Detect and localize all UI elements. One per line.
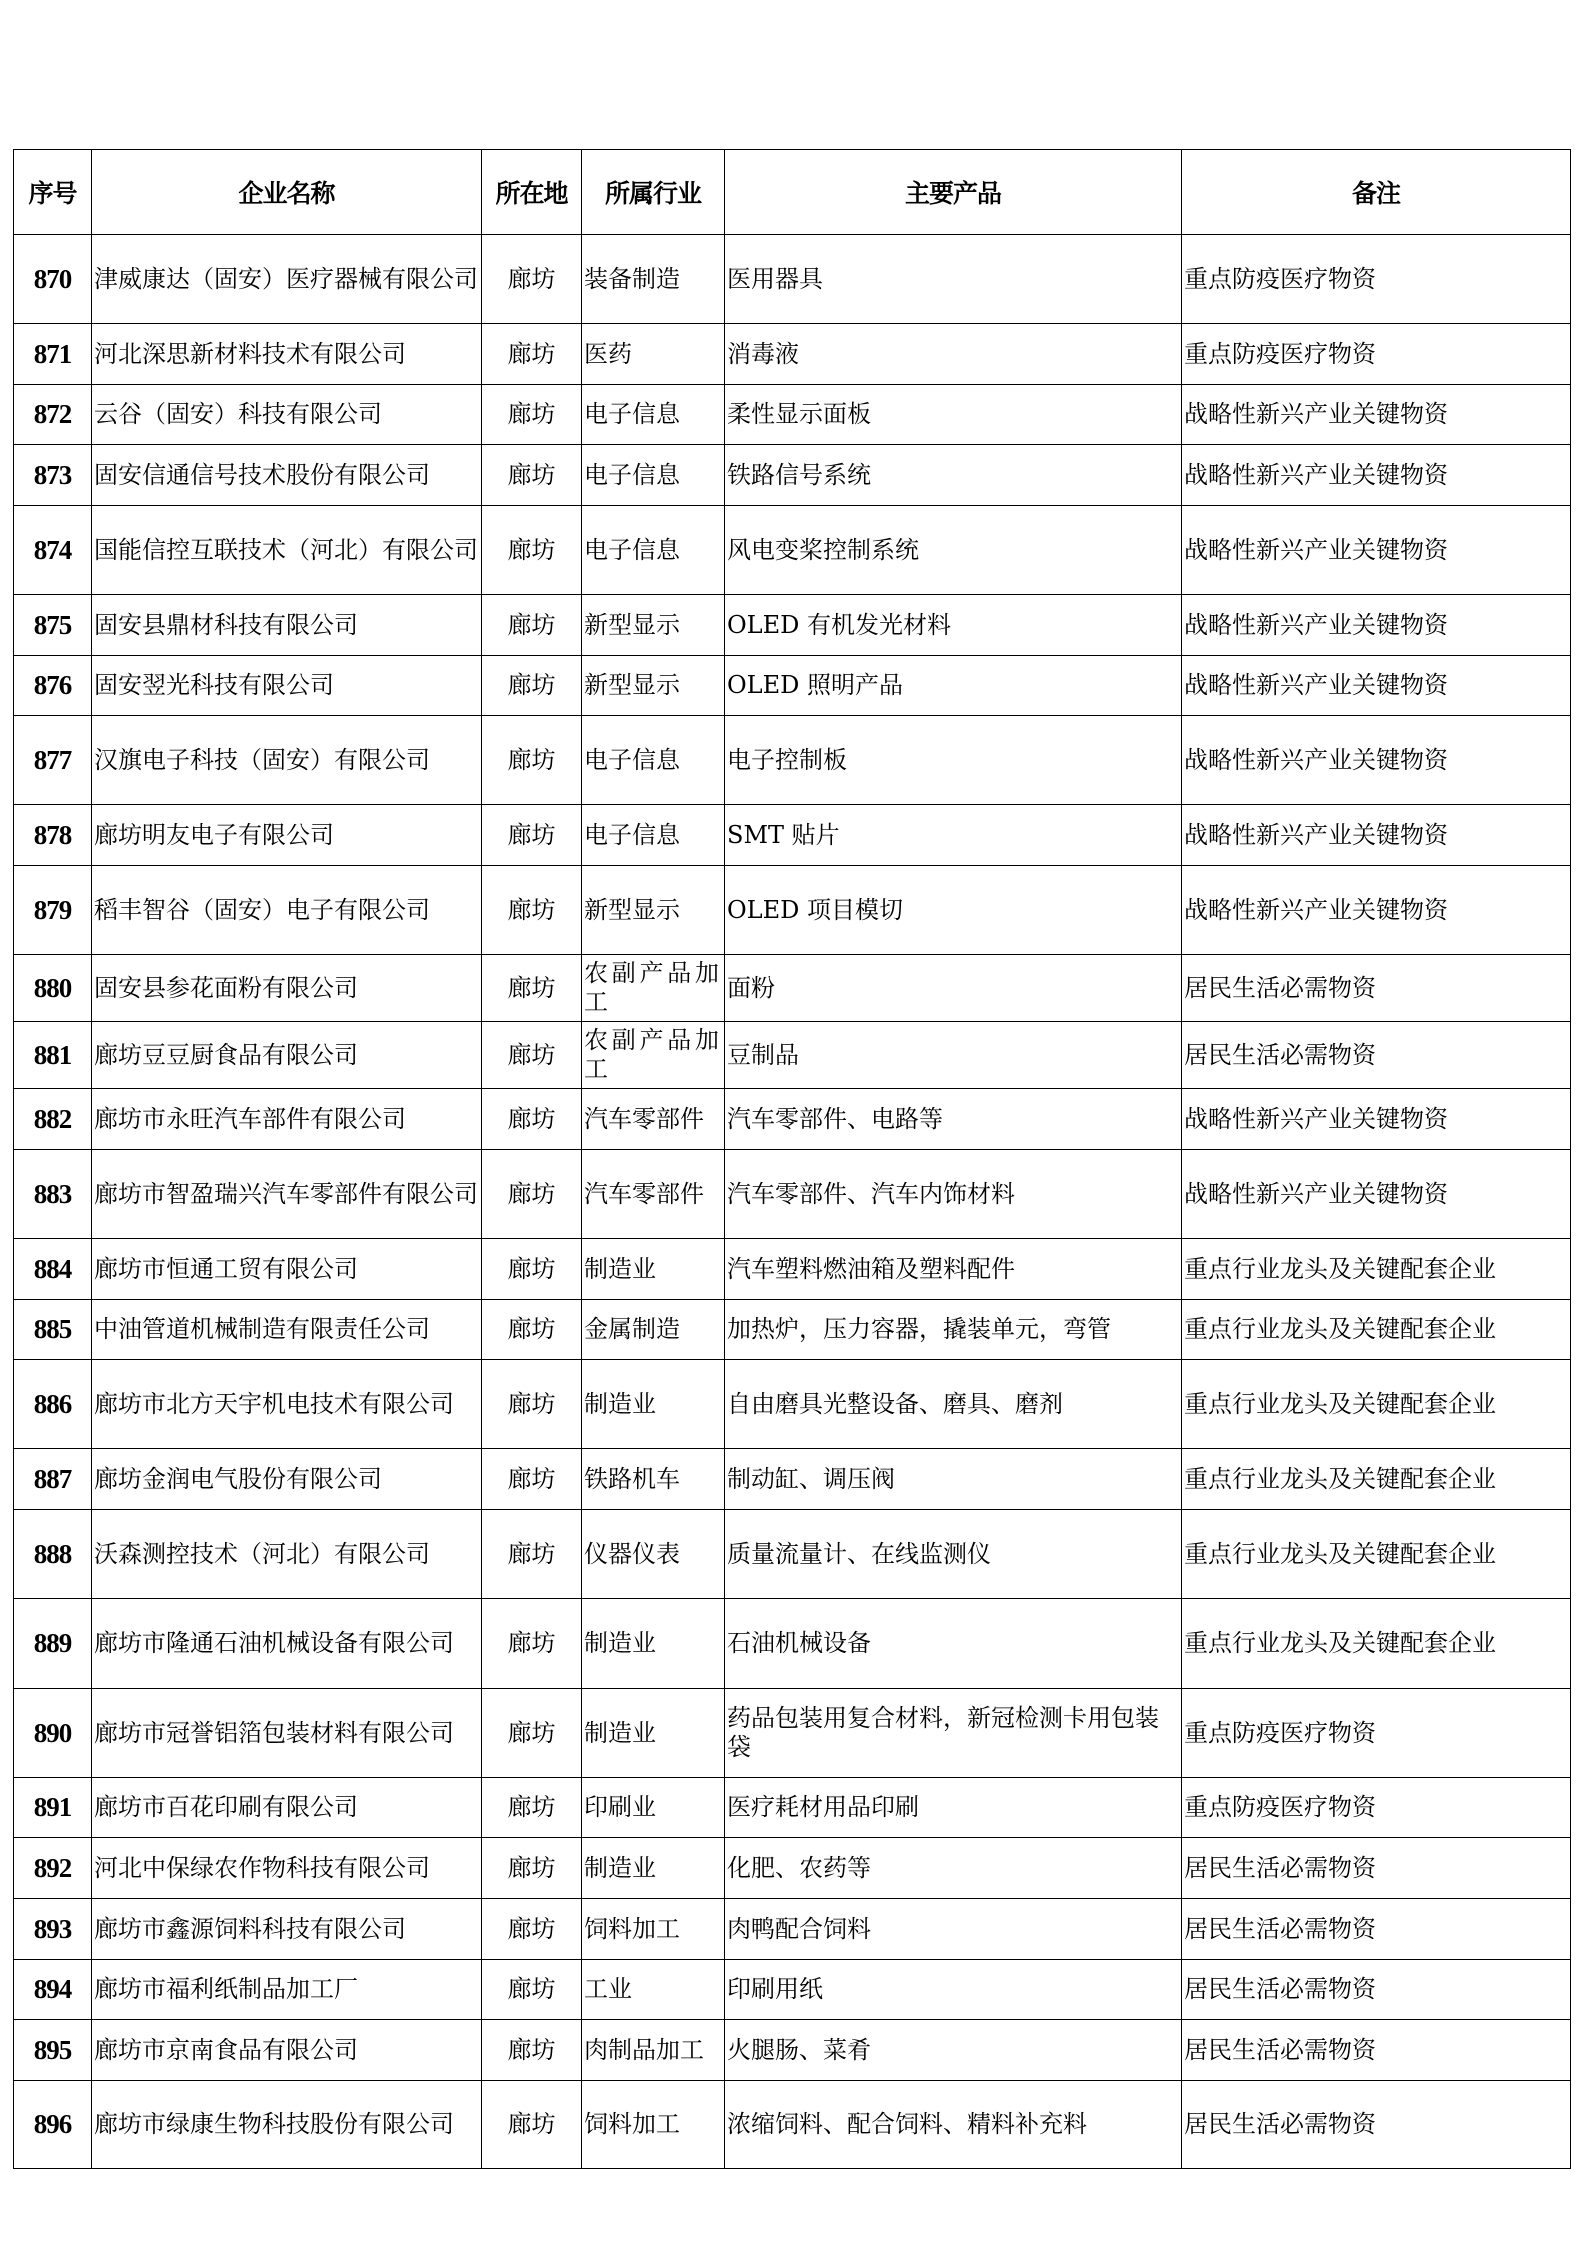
header-location: 所在地 xyxy=(482,150,582,235)
table-row: 894廊坊市福利纸制品加工厂廊坊工业印刷用纸居民生活必需物资 xyxy=(14,1960,1571,2020)
company-name-cell: 稻丰智谷（固安）电子有限公司 xyxy=(92,866,482,955)
main-product-cell: 医用器具 xyxy=(725,235,1182,324)
location-cell: 廊坊 xyxy=(482,1899,582,1960)
remark-cell: 战略性新兴产业关键物资 xyxy=(1182,656,1571,716)
location-cell: 廊坊 xyxy=(482,1960,582,2020)
row-seq-cell: 875 xyxy=(14,595,92,656)
remark-cell: 重点行业龙头及关键配套企业 xyxy=(1182,1239,1571,1300)
company-name-cell: 固安信通信号技术股份有限公司 xyxy=(92,445,482,506)
location-cell: 廊坊 xyxy=(482,656,582,716)
location-cell: 廊坊 xyxy=(482,1300,582,1360)
location-cell: 廊坊 xyxy=(482,716,582,805)
row-seq-cell: 888 xyxy=(14,1510,92,1599)
main-product-cell: 加热炉，压力容器，撬装单元，弯管 xyxy=(725,1300,1182,1360)
company-name-cell: 廊坊市福利纸制品加工厂 xyxy=(92,1960,482,2020)
main-product-cell: 消毒液 xyxy=(725,324,1182,385)
company-name-cell: 廊坊市京南食品有限公司 xyxy=(92,2020,482,2081)
table-row: 896廊坊市绿康生物科技股份有限公司廊坊饲料加工浓缩饲料、配合饲料、精料补充料居… xyxy=(14,2081,1571,2169)
location-cell: 廊坊 xyxy=(482,1599,582,1689)
table-row: 876固安翌光科技有限公司廊坊新型显示OLED 照明产品战略性新兴产业关键物资 xyxy=(14,656,1571,716)
main-product-cell: 铁路信号系统 xyxy=(725,445,1182,506)
row-seq-cell: 893 xyxy=(14,1899,92,1960)
main-product-cell: 电子控制板 xyxy=(725,716,1182,805)
remark-cell: 重点行业龙头及关键配套企业 xyxy=(1182,1300,1571,1360)
table-row: 891廊坊市百花印刷有限公司廊坊印刷业医疗耗材用品印刷重点防疫医疗物资 xyxy=(14,1778,1571,1838)
company-name-cell: 津威康达（固安）医疗器械有限公司 xyxy=(92,235,482,324)
remark-cell: 居民生活必需物资 xyxy=(1182,1838,1571,1899)
main-product-cell: 汽车零部件、汽车内饰材料 xyxy=(725,1150,1182,1239)
location-cell: 廊坊 xyxy=(482,324,582,385)
table-row: 871河北深思新材料技术有限公司廊坊医药消毒液重点防疫医疗物资 xyxy=(14,324,1571,385)
remark-cell: 战略性新兴产业关键物资 xyxy=(1182,1150,1571,1239)
industry-cell: 制造业 xyxy=(582,1838,725,1899)
main-product-cell: 火腿肠、菜肴 xyxy=(725,2020,1182,2081)
table-row: 870津威康达（固安）医疗器械有限公司廊坊装备制造医用器具重点防疫医疗物资 xyxy=(14,235,1571,324)
row-seq-cell: 889 xyxy=(14,1599,92,1689)
industry-cell: 电子信息 xyxy=(582,716,725,805)
main-product-cell: 柔性显示面板 xyxy=(725,385,1182,445)
remark-cell: 居民生活必需物资 xyxy=(1182,1960,1571,2020)
company-name-cell: 廊坊市鑫源饲料科技有限公司 xyxy=(92,1899,482,1960)
main-product-cell: 印刷用纸 xyxy=(725,1960,1182,2020)
company-name-cell: 沃森测控技术（河北）有限公司 xyxy=(92,1510,482,1599)
table-row: 892河北中保绿农作物科技有限公司廊坊制造业化肥、农药等居民生活必需物资 xyxy=(14,1838,1571,1899)
industry-cell: 制造业 xyxy=(582,1239,725,1300)
industry-cell: 农副产品加工 xyxy=(582,1022,725,1089)
header-seq: 序号 xyxy=(14,150,92,235)
industry-cell: 新型显示 xyxy=(582,595,725,656)
main-product-cell: 浓缩饲料、配合饲料、精料补充料 xyxy=(725,2081,1182,2169)
company-name-cell: 廊坊市绿康生物科技股份有限公司 xyxy=(92,2081,482,2169)
location-cell: 廊坊 xyxy=(482,445,582,506)
remark-cell: 重点防疫医疗物资 xyxy=(1182,1689,1571,1778)
company-name-cell: 廊坊市北方天宇机电技术有限公司 xyxy=(92,1360,482,1449)
industry-cell: 工业 xyxy=(582,1960,725,2020)
location-cell: 廊坊 xyxy=(482,385,582,445)
remark-cell: 重点行业龙头及关键配套企业 xyxy=(1182,1360,1571,1449)
remark-cell: 战略性新兴产业关键物资 xyxy=(1182,385,1571,445)
industry-cell: 制造业 xyxy=(582,1689,725,1778)
industry-cell: 金属制造 xyxy=(582,1300,725,1360)
row-seq-cell: 874 xyxy=(14,506,92,595)
table-row: 886廊坊市北方天宇机电技术有限公司廊坊制造业自由磨具光整设备、磨具、磨剂重点行… xyxy=(14,1360,1571,1449)
main-product-cell: 汽车塑料燃油箱及塑料配件 xyxy=(725,1239,1182,1300)
location-cell: 廊坊 xyxy=(482,1689,582,1778)
industry-cell: 医药 xyxy=(582,324,725,385)
table-row: 877汉旗电子科技（固安）有限公司廊坊电子信息电子控制板战略性新兴产业关键物资 xyxy=(14,716,1571,805)
main-product-cell: 质量流量计、在线监测仪 xyxy=(725,1510,1182,1599)
row-seq-cell: 880 xyxy=(14,955,92,1022)
company-name-cell: 廊坊金润电气股份有限公司 xyxy=(92,1449,482,1510)
company-name-cell: 河北中保绿农作物科技有限公司 xyxy=(92,1838,482,1899)
location-cell: 廊坊 xyxy=(482,2020,582,2081)
row-seq-cell: 879 xyxy=(14,866,92,955)
company-name-cell: 汉旗电子科技（固安）有限公司 xyxy=(92,716,482,805)
row-seq-cell: 894 xyxy=(14,1960,92,2020)
remark-cell: 居民生活必需物资 xyxy=(1182,1022,1571,1089)
remark-cell: 战略性新兴产业关键物资 xyxy=(1182,1089,1571,1150)
remark-cell: 战略性新兴产业关键物资 xyxy=(1182,506,1571,595)
remark-cell: 居民生活必需物资 xyxy=(1182,955,1571,1022)
industry-cell: 印刷业 xyxy=(582,1778,725,1838)
company-name-cell: 云谷（固安）科技有限公司 xyxy=(92,385,482,445)
location-cell: 廊坊 xyxy=(482,1022,582,1089)
header-remark: 备注 xyxy=(1182,150,1571,235)
company-name-cell: 固安县参花面粉有限公司 xyxy=(92,955,482,1022)
table-row: 882廊坊市永旺汽车部件有限公司廊坊汽车零部件汽车零部件、电路等战略性新兴产业关… xyxy=(14,1089,1571,1150)
industry-cell: 农副产品加工 xyxy=(582,955,725,1022)
table-row: 881廊坊豆豆厨食品有限公司廊坊农副产品加工豆制品居民生活必需物资 xyxy=(14,1022,1571,1089)
industry-cell: 肉制品加工 xyxy=(582,2020,725,2081)
main-product-cell: OLED 有机发光材料 xyxy=(725,595,1182,656)
location-cell: 廊坊 xyxy=(482,805,582,866)
row-seq-cell: 895 xyxy=(14,2020,92,2081)
remark-cell: 战略性新兴产业关键物资 xyxy=(1182,716,1571,805)
location-cell: 廊坊 xyxy=(482,2081,582,2169)
table-row: 874国能信控互联技术（河北）有限公司廊坊电子信息风电变桨控制系统战略性新兴产业… xyxy=(14,506,1571,595)
location-cell: 廊坊 xyxy=(482,506,582,595)
row-seq-cell: 878 xyxy=(14,805,92,866)
industry-cell: 电子信息 xyxy=(582,445,725,506)
industry-cell: 饲料加工 xyxy=(582,2081,725,2169)
main-product-cell: 制动缸、调压阀 xyxy=(725,1449,1182,1510)
location-cell: 廊坊 xyxy=(482,1449,582,1510)
row-seq-cell: 887 xyxy=(14,1449,92,1510)
remark-cell: 战略性新兴产业关键物资 xyxy=(1182,805,1571,866)
company-name-cell: 固安县鼎材科技有限公司 xyxy=(92,595,482,656)
company-name-cell: 廊坊市隆通石油机械设备有限公司 xyxy=(92,1599,482,1689)
location-cell: 廊坊 xyxy=(482,1239,582,1300)
table-row: 880固安县参花面粉有限公司廊坊农副产品加工面粉居民生活必需物资 xyxy=(14,955,1571,1022)
industry-cell: 电子信息 xyxy=(582,385,725,445)
remark-cell: 重点行业龙头及关键配套企业 xyxy=(1182,1449,1571,1510)
remark-cell: 战略性新兴产业关键物资 xyxy=(1182,595,1571,656)
main-product-cell: 面粉 xyxy=(725,955,1182,1022)
row-seq-cell: 881 xyxy=(14,1022,92,1089)
main-product-cell: 医疗耗材用品印刷 xyxy=(725,1778,1182,1838)
company-name-cell: 国能信控互联技术（河北）有限公司 xyxy=(92,506,482,595)
industry-cell: 仪器仪表 xyxy=(582,1510,725,1599)
row-seq-cell: 896 xyxy=(14,2081,92,2169)
main-product-cell: OLED 项目模切 xyxy=(725,866,1182,955)
location-cell: 廊坊 xyxy=(482,866,582,955)
row-seq-cell: 871 xyxy=(14,324,92,385)
row-seq-cell: 891 xyxy=(14,1778,92,1838)
industry-cell: 电子信息 xyxy=(582,805,725,866)
row-seq-cell: 885 xyxy=(14,1300,92,1360)
table-row: 883廊坊市智盈瑞兴汽车零部件有限公司廊坊汽车零部件汽车零部件、汽车内饰材料战略… xyxy=(14,1150,1571,1239)
table-row: 895廊坊市京南食品有限公司廊坊肉制品加工火腿肠、菜肴居民生活必需物资 xyxy=(14,2020,1571,2081)
location-cell: 廊坊 xyxy=(482,1150,582,1239)
main-product-cell: SMT 贴片 xyxy=(725,805,1182,866)
header-industry: 所属行业 xyxy=(582,150,725,235)
remark-cell: 重点防疫医疗物资 xyxy=(1182,235,1571,324)
header-product: 主要产品 xyxy=(725,150,1182,235)
row-seq-cell: 884 xyxy=(14,1239,92,1300)
remark-cell: 重点行业龙头及关键配套企业 xyxy=(1182,1510,1571,1599)
industry-cell: 汽车零部件 xyxy=(582,1150,725,1239)
main-product-cell: 肉鸭配合饲料 xyxy=(725,1899,1182,1960)
row-seq-cell: 882 xyxy=(14,1089,92,1150)
table-header-row: 序号 企业名称 所在地 所属行业 主要产品 备注 xyxy=(14,150,1571,235)
company-name-cell: 廊坊豆豆厨食品有限公司 xyxy=(92,1022,482,1089)
industry-cell: 制造业 xyxy=(582,1360,725,1449)
remark-cell: 居民生活必需物资 xyxy=(1182,1899,1571,1960)
table-row: 875固安县鼎材科技有限公司廊坊新型显示OLED 有机发光材料战略性新兴产业关键… xyxy=(14,595,1571,656)
row-seq-cell: 876 xyxy=(14,656,92,716)
industry-cell: 饲料加工 xyxy=(582,1899,725,1960)
main-product-cell: 化肥、农药等 xyxy=(725,1838,1182,1899)
company-name-cell: 廊坊市智盈瑞兴汽车零部件有限公司 xyxy=(92,1150,482,1239)
table-row: 885中油管道机械制造有限责任公司廊坊金属制造加热炉，压力容器，撬装单元，弯管重… xyxy=(14,1300,1571,1360)
row-seq-cell: 873 xyxy=(14,445,92,506)
industry-cell: 新型显示 xyxy=(582,656,725,716)
remark-cell: 居民生活必需物资 xyxy=(1182,2020,1571,2081)
table-row: 890廊坊市冠誉铝箔包装材料有限公司廊坊制造业药品包装用复合材料，新冠检测卡用包… xyxy=(14,1689,1571,1778)
company-name-cell: 廊坊市恒通工贸有限公司 xyxy=(92,1239,482,1300)
row-seq-cell: 872 xyxy=(14,385,92,445)
table-row: 879稻丰智谷（固安）电子有限公司廊坊新型显示OLED 项目模切战略性新兴产业关… xyxy=(14,866,1571,955)
industry-cell: 汽车零部件 xyxy=(582,1089,725,1150)
remark-cell: 重点行业龙头及关键配套企业 xyxy=(1182,1599,1571,1689)
main-product-cell: 石油机械设备 xyxy=(725,1599,1182,1689)
industry-cell: 装备制造 xyxy=(582,235,725,324)
table-row: 873固安信通信号技术股份有限公司廊坊电子信息铁路信号系统战略性新兴产业关键物资 xyxy=(14,445,1571,506)
company-name-cell: 廊坊市冠誉铝箔包装材料有限公司 xyxy=(92,1689,482,1778)
row-seq-cell: 892 xyxy=(14,1838,92,1899)
location-cell: 廊坊 xyxy=(482,1510,582,1599)
table-row: 872云谷（固安）科技有限公司廊坊电子信息柔性显示面板战略性新兴产业关键物资 xyxy=(14,385,1571,445)
company-name-cell: 河北深思新材料技术有限公司 xyxy=(92,324,482,385)
table-row: 893廊坊市鑫源饲料科技有限公司廊坊饲料加工肉鸭配合饲料居民生活必需物资 xyxy=(14,1899,1571,1960)
location-cell: 廊坊 xyxy=(482,955,582,1022)
row-seq-cell: 883 xyxy=(14,1150,92,1239)
table-row: 889廊坊市隆通石油机械设备有限公司廊坊制造业石油机械设备重点行业龙头及关键配套… xyxy=(14,1599,1571,1689)
location-cell: 廊坊 xyxy=(482,1838,582,1899)
company-name-cell: 廊坊市永旺汽车部件有限公司 xyxy=(92,1089,482,1150)
table-body: 870津威康达（固安）医疗器械有限公司廊坊装备制造医用器具重点防疫医疗物资871… xyxy=(14,235,1571,2169)
main-product-cell: 豆制品 xyxy=(725,1022,1182,1089)
enterprise-list-table: 序号 企业名称 所在地 所属行业 主要产品 备注 870津威康达（固安）医疗器械… xyxy=(13,149,1571,2169)
table-row: 887廊坊金润电气股份有限公司廊坊铁路机车制动缸、调压阀重点行业龙头及关键配套企… xyxy=(14,1449,1571,1510)
industry-cell: 制造业 xyxy=(582,1599,725,1689)
remark-cell: 重点防疫医疗物资 xyxy=(1182,1778,1571,1838)
company-name-cell: 中油管道机械制造有限责任公司 xyxy=(92,1300,482,1360)
row-seq-cell: 886 xyxy=(14,1360,92,1449)
company-name-cell: 固安翌光科技有限公司 xyxy=(92,656,482,716)
location-cell: 廊坊 xyxy=(482,595,582,656)
table-row: 884廊坊市恒通工贸有限公司廊坊制造业汽车塑料燃油箱及塑料配件重点行业龙头及关键… xyxy=(14,1239,1571,1300)
row-seq-cell: 890 xyxy=(14,1689,92,1778)
main-product-cell: 药品包装用复合材料，新冠检测卡用包装袋 xyxy=(725,1689,1182,1778)
location-cell: 廊坊 xyxy=(482,1360,582,1449)
main-product-cell: 汽车零部件、电路等 xyxy=(725,1089,1182,1150)
table-row: 888沃森测控技术（河北）有限公司廊坊仪器仪表质量流量计、在线监测仪重点行业龙头… xyxy=(14,1510,1571,1599)
company-name-cell: 廊坊市百花印刷有限公司 xyxy=(92,1778,482,1838)
industry-cell: 铁路机车 xyxy=(582,1449,725,1510)
main-product-cell: 风电变桨控制系统 xyxy=(725,506,1182,595)
table-row: 878廊坊明友电子有限公司廊坊电子信息SMT 贴片战略性新兴产业关键物资 xyxy=(14,805,1571,866)
main-product-cell: OLED 照明产品 xyxy=(725,656,1182,716)
location-cell: 廊坊 xyxy=(482,1778,582,1838)
industry-cell: 电子信息 xyxy=(582,506,725,595)
row-seq-cell: 870 xyxy=(14,235,92,324)
row-seq-cell: 877 xyxy=(14,716,92,805)
main-product-cell: 自由磨具光整设备、磨具、磨剂 xyxy=(725,1360,1182,1449)
remark-cell: 居民生活必需物资 xyxy=(1182,2081,1571,2169)
header-name: 企业名称 xyxy=(92,150,482,235)
industry-cell: 新型显示 xyxy=(582,866,725,955)
remark-cell: 战略性新兴产业关键物资 xyxy=(1182,866,1571,955)
location-cell: 廊坊 xyxy=(482,1089,582,1150)
remark-cell: 战略性新兴产业关键物资 xyxy=(1182,445,1571,506)
remark-cell: 重点防疫医疗物资 xyxy=(1182,324,1571,385)
location-cell: 廊坊 xyxy=(482,235,582,324)
company-name-cell: 廊坊明友电子有限公司 xyxy=(92,805,482,866)
